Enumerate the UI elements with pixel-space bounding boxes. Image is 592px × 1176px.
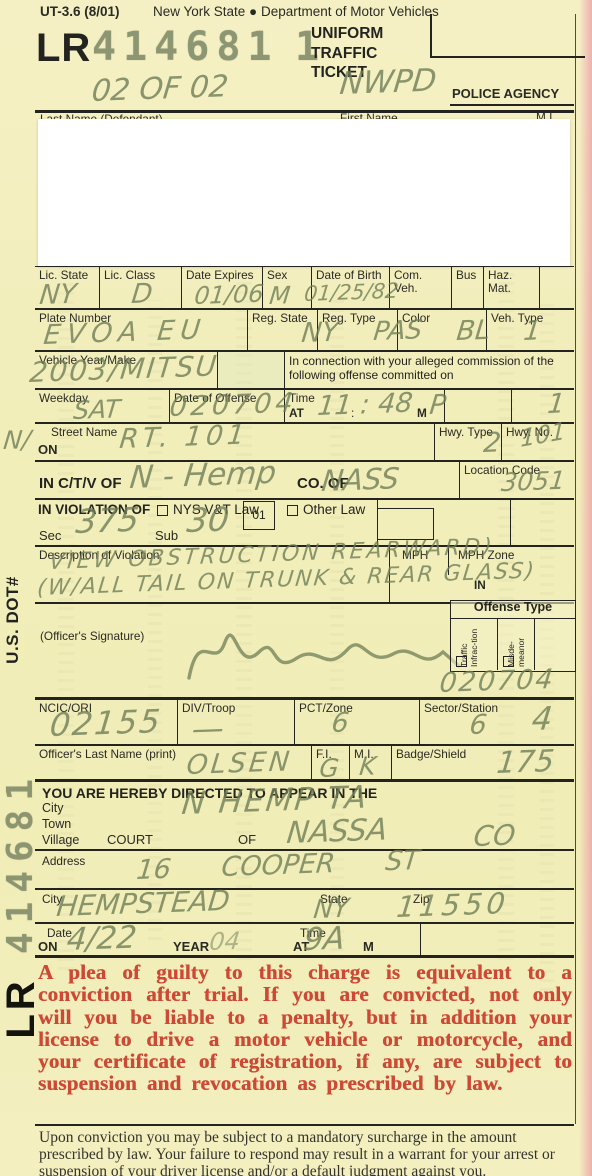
sub-label: Sub — [155, 530, 178, 543]
offense-type-label: Offense Type — [451, 601, 575, 619]
haz-mat-cell: Haz. Mat. — [484, 267, 540, 308]
side-serial-prefix: LR — [0, 948, 45, 1068]
hw-fi: G — [318, 753, 340, 783]
connection-cell: In connection with your alleged commissi… — [285, 352, 574, 388]
hw-page-count: 02 OF 02 — [90, 69, 230, 109]
hw-street: RT. 101 — [118, 419, 250, 455]
hw-reg-state: NY — [300, 317, 340, 349]
law-section-box: 01 — [243, 501, 275, 530]
hw-sector: 6 — [468, 709, 488, 741]
checkbox-icon — [287, 505, 298, 516]
traffic-ticket: UT-3.6 (8/01) New York State ● Departmen… — [0, 0, 592, 1176]
hw-hwy-type: 2 — [482, 427, 502, 459]
divider — [450, 104, 574, 106]
serial-number-stamp: 414681 — [92, 24, 279, 70]
form-code: UT-3.6 (8/01) — [40, 6, 120, 19]
law-extra-box — [377, 508, 434, 540]
hw-city: HEMPSTEAD — [55, 884, 231, 923]
connection-text: In connection with your alleged commissi… — [289, 354, 554, 382]
hw-police-agency: NWPD — [338, 62, 438, 102]
side-serial-stamp: 414681 — [0, 742, 36, 982]
hw-pct-zone: 6 — [330, 707, 350, 739]
on-label: ON — [38, 444, 58, 457]
agency-box — [430, 14, 585, 58]
hw-margin-note: N/ — [2, 425, 32, 455]
badge-label: Badge/Shield — [396, 747, 466, 761]
plea-warning: A plea of guilty to this charge is equiv… — [38, 961, 572, 1095]
of-label: OF — [238, 834, 256, 847]
hw-appear-date: 4/22 — [65, 919, 138, 958]
traffic-infraction-cell: Traffic Infrac-tion — [451, 619, 498, 670]
other-law-label: Other Law — [303, 504, 365, 517]
form-right-border — [575, 14, 576, 1124]
hw-div-troop: — — [190, 709, 226, 748]
offense-type-box: Offense Type Traffic Infrac-tion Misde-m… — [450, 600, 576, 672]
city-label: City — [42, 802, 64, 815]
redaction-box — [38, 119, 570, 266]
hw-ampm: P — [428, 389, 448, 421]
vt-law-checkbox — [157, 505, 171, 518]
police-agency-label: POLICE AGENCY — [452, 88, 559, 101]
hw-lic-state: NY — [38, 279, 78, 311]
title-line: TRAFFIC — [311, 44, 383, 64]
bus-label: Bus — [456, 268, 476, 282]
serial-prefix: LR — [36, 28, 91, 68]
hw-zip: 11550 — [395, 886, 511, 924]
hw-location-code: 3051 — [500, 466, 567, 497]
sec-label: Sec — [39, 530, 61, 543]
hw-reg-type: PAS — [372, 315, 424, 347]
haz-mat-label: Haz. Mat. — [488, 268, 512, 295]
hw-offense-date: 020704 — [168, 387, 298, 423]
hw-ctv: N - Hemp — [128, 455, 278, 496]
officer-name-label: Officer's Last Name (print) — [39, 747, 176, 761]
traffic-infraction-checkbox — [456, 656, 467, 667]
hw-stamp-date: 020704 — [438, 664, 556, 699]
hw-mi: K — [358, 751, 377, 781]
sex-label: Sex — [267, 268, 287, 282]
empty-cell — [535, 619, 575, 670]
other-law-checkbox — [287, 505, 301, 518]
ctv-row: IN C/T/V OF CO. OF Location Code — [35, 462, 574, 500]
us-dot-label: U.S. DOT# — [3, 545, 29, 695]
surcharge-notice: Upon conviction you may be subject to a … — [39, 1130, 572, 1176]
hw-officer-name: OLSEN — [185, 746, 294, 781]
officer-row: Officer's Last Name (print) F.I. M.I. Ba… — [35, 746, 574, 782]
hw-station: 4 — [530, 699, 554, 738]
hw-lic-class: D — [130, 278, 154, 310]
hw-weekday: SAT — [72, 394, 121, 425]
hw-dob: 01/25/82 — [303, 279, 400, 306]
reg-state-label: Reg. State — [252, 311, 308, 325]
empty-cell — [218, 352, 285, 388]
hw-sub: 30 — [185, 499, 231, 540]
com-veh-cell: Com. Veh. — [390, 267, 452, 308]
hw-appear-time: 9A — [302, 920, 347, 958]
officer-signature-scribble — [175, 608, 465, 694]
hw-badge: 175 — [495, 744, 556, 781]
hw-county: NASS — [320, 461, 401, 498]
hw-veh-type: 1 — [522, 315, 542, 347]
hw-sex: M — [268, 281, 292, 310]
meridiem-label: M — [417, 407, 427, 420]
hw-color: BL — [455, 315, 492, 347]
appear-m-label: M — [363, 941, 374, 954]
checkbox-icon — [157, 505, 168, 516]
scan-edge — [579, 0, 592, 1176]
hw-sec: 375 — [74, 500, 141, 541]
hw-ncic: 02155 — [48, 702, 164, 744]
village-label: Village — [42, 834, 79, 847]
court-label: COURT — [107, 834, 153, 847]
street-name-label: Street Name — [51, 425, 117, 439]
divider — [35, 1124, 574, 1126]
hw-time: 11 : 48 — [316, 388, 414, 422]
empty-cell — [540, 267, 574, 308]
address-label: Address — [42, 855, 85, 868]
title-line: UNIFORM — [311, 24, 383, 44]
in-ctv-label: IN C/T/V OF — [39, 478, 122, 491]
signature-label: (Officer's Signature) — [40, 630, 144, 643]
hw-date-expires: 01/06 — [193, 279, 265, 310]
hw-appear-year: 04 — [208, 927, 241, 956]
hw-year-make: 2003/MITSU — [28, 349, 220, 389]
divider — [510, 500, 511, 547]
misdemeanor-cell: Misde-meanor — [498, 619, 535, 670]
empty-cell — [445, 390, 512, 422]
divider — [420, 924, 421, 955]
hw-plate: EVOA EU — [42, 314, 208, 351]
pct-zone-cell: PCT/Zone — [295, 700, 420, 744]
bus-cell: Bus — [452, 267, 484, 308]
year-label: YEAR — [173, 941, 209, 954]
hw-court-of: NASSA — [285, 812, 389, 851]
town-label: Town — [42, 818, 71, 831]
hw-hwy-extra: 1 — [546, 388, 566, 420]
state-header: New York State ● Department of Motor Veh… — [153, 6, 439, 19]
hw-court-co: CO — [472, 818, 517, 853]
